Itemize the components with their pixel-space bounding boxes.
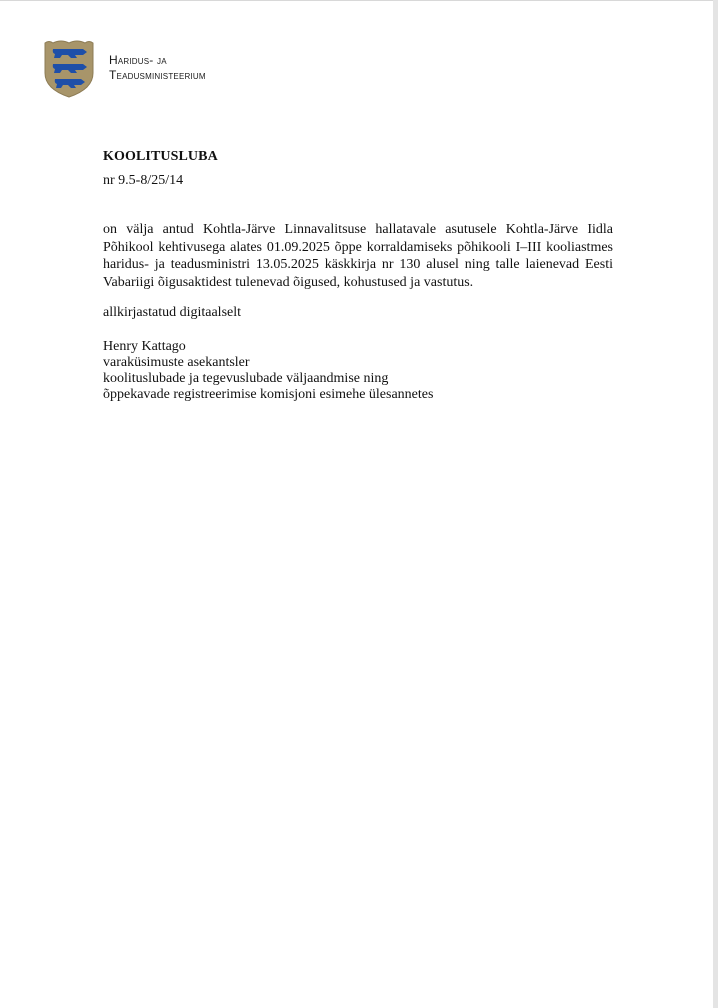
ministry-name-line1: Haridus- ja — [109, 53, 206, 68]
license-body-text: on välja antud Kohtla-Järve Linnavalitsu… — [103, 221, 613, 291]
signer-name: Henry Kattago — [103, 339, 433, 355]
signer-position: varaküsimuste asekantsler — [103, 355, 433, 371]
ministry-name: Haridus- ja Teadusministeerium — [109, 53, 206, 83]
estonian-coat-of-arms-icon — [41, 39, 97, 99]
signer-role-line1: koolituslubade ja tegevuslubade väljaand… — [103, 371, 433, 387]
document-number: nr 9.5-8/25/14 — [103, 173, 183, 189]
signer-role-line2: õppekavade registreerimise komisjoni esi… — [103, 387, 433, 403]
document-page: Haridus- ja Teadusministeerium KOOLITUSL… — [0, 1, 713, 1008]
viewer-scrollbar-track[interactable] — [713, 0, 718, 1008]
digital-signature-note: allkirjastatud digitaalselt — [103, 305, 241, 321]
document-title: KOOLITUSLUBA — [103, 149, 218, 165]
signer-block: Henry Kattago varaküsimuste asekantsler … — [103, 339, 433, 403]
ministry-name-line2: Teadusministeerium — [109, 68, 206, 83]
